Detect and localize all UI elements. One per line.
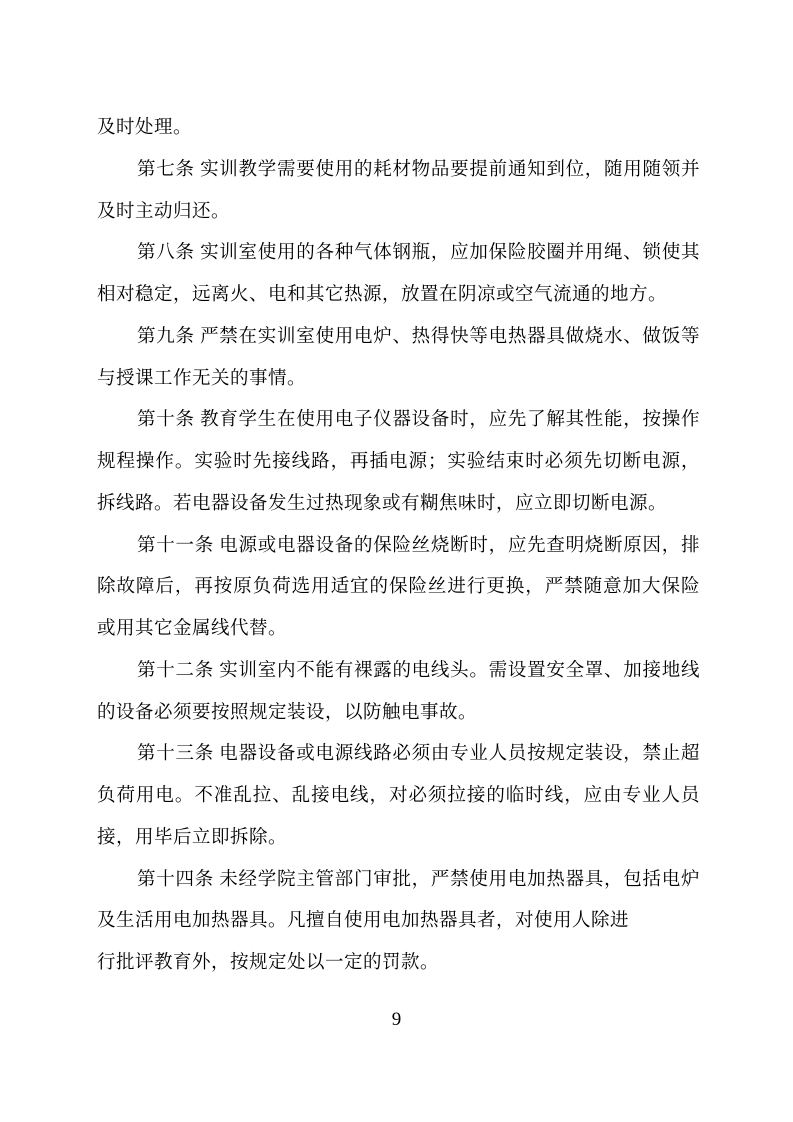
document-page: 及时处理。 第七条 实训教学需要使用的耗材物品要提前通知到位，随用随领并 及时主… xyxy=(0,0,793,1122)
text-line: 及生活用电加热器具。凡擅自使用电加热器具者，对使用人除进 xyxy=(97,901,700,943)
text-line: 接，用毕后立即拆除。 xyxy=(97,818,700,860)
text-line: 的设备必须要按照规定装设，以防触电事故。 xyxy=(97,693,700,735)
text-line: 与授课工作无关的事情。 xyxy=(97,359,700,401)
text-line: 第八条 实训室使用的各种气体钢瓶，应加保险胶圈并用绳、锁使其 xyxy=(97,233,700,275)
text-line: 相对稳定，远离火、电和其它热源，放置在阴凉或空气流通的地方。 xyxy=(97,275,700,317)
text-line: 行批评教育外，按规定处以一定的罚款。 xyxy=(97,943,700,985)
text-line: 及时主动归还。 xyxy=(97,192,700,234)
text-line: 及时处理。 xyxy=(97,108,700,150)
text-line: 拆线路。若电器设备发生过热现象或有糊焦味时，应立即切断电源。 xyxy=(97,484,700,526)
text-line: 第七条 实训教学需要使用的耗材物品要提前通知到位，随用随领并 xyxy=(97,150,700,192)
text-line: 第十一条 电源或电器设备的保险丝烧断时，应先查明烧断原因，排 xyxy=(97,526,700,568)
text-line: 第十四条 未经学院主管部门审批，严禁使用电加热器具，包括电炉 xyxy=(97,860,700,902)
page-number: 9 xyxy=(392,1009,402,1030)
text-line: 第十三条 电器设备或电源线路必须由专业人员按规定装设，禁止超 xyxy=(97,734,700,776)
text-line: 第九条 严禁在实训室使用电炉、热得快等电热器具做烧水、做饭等 xyxy=(97,317,700,359)
text-line: 第十条 教育学生在使用电子仪器设备时，应先了解其性能，按操作 xyxy=(97,400,700,442)
text-line: 第十二条 实训室内不能有裸露的电线头。需设置安全罩、加接地线 xyxy=(97,651,700,693)
page-footer: 9 xyxy=(0,1008,793,1032)
text-line: 或用其它金属线代替。 xyxy=(97,609,700,651)
document-body: 及时处理。 第七条 实训教学需要使用的耗材物品要提前通知到位，随用随领并 及时主… xyxy=(97,108,700,985)
text-line: 负荷用电。不准乱拉、乱接电线，对必须拉接的临时线，应由专业人员拉 xyxy=(97,776,700,818)
text-line: 除故障后，再按原负荷选用适宜的保险丝进行更换，严禁随意加大保险丝 xyxy=(97,567,700,609)
text-line: 规程操作。实验时先接线路，再插电源；实验结束时必须先切断电源，再 xyxy=(97,442,700,484)
